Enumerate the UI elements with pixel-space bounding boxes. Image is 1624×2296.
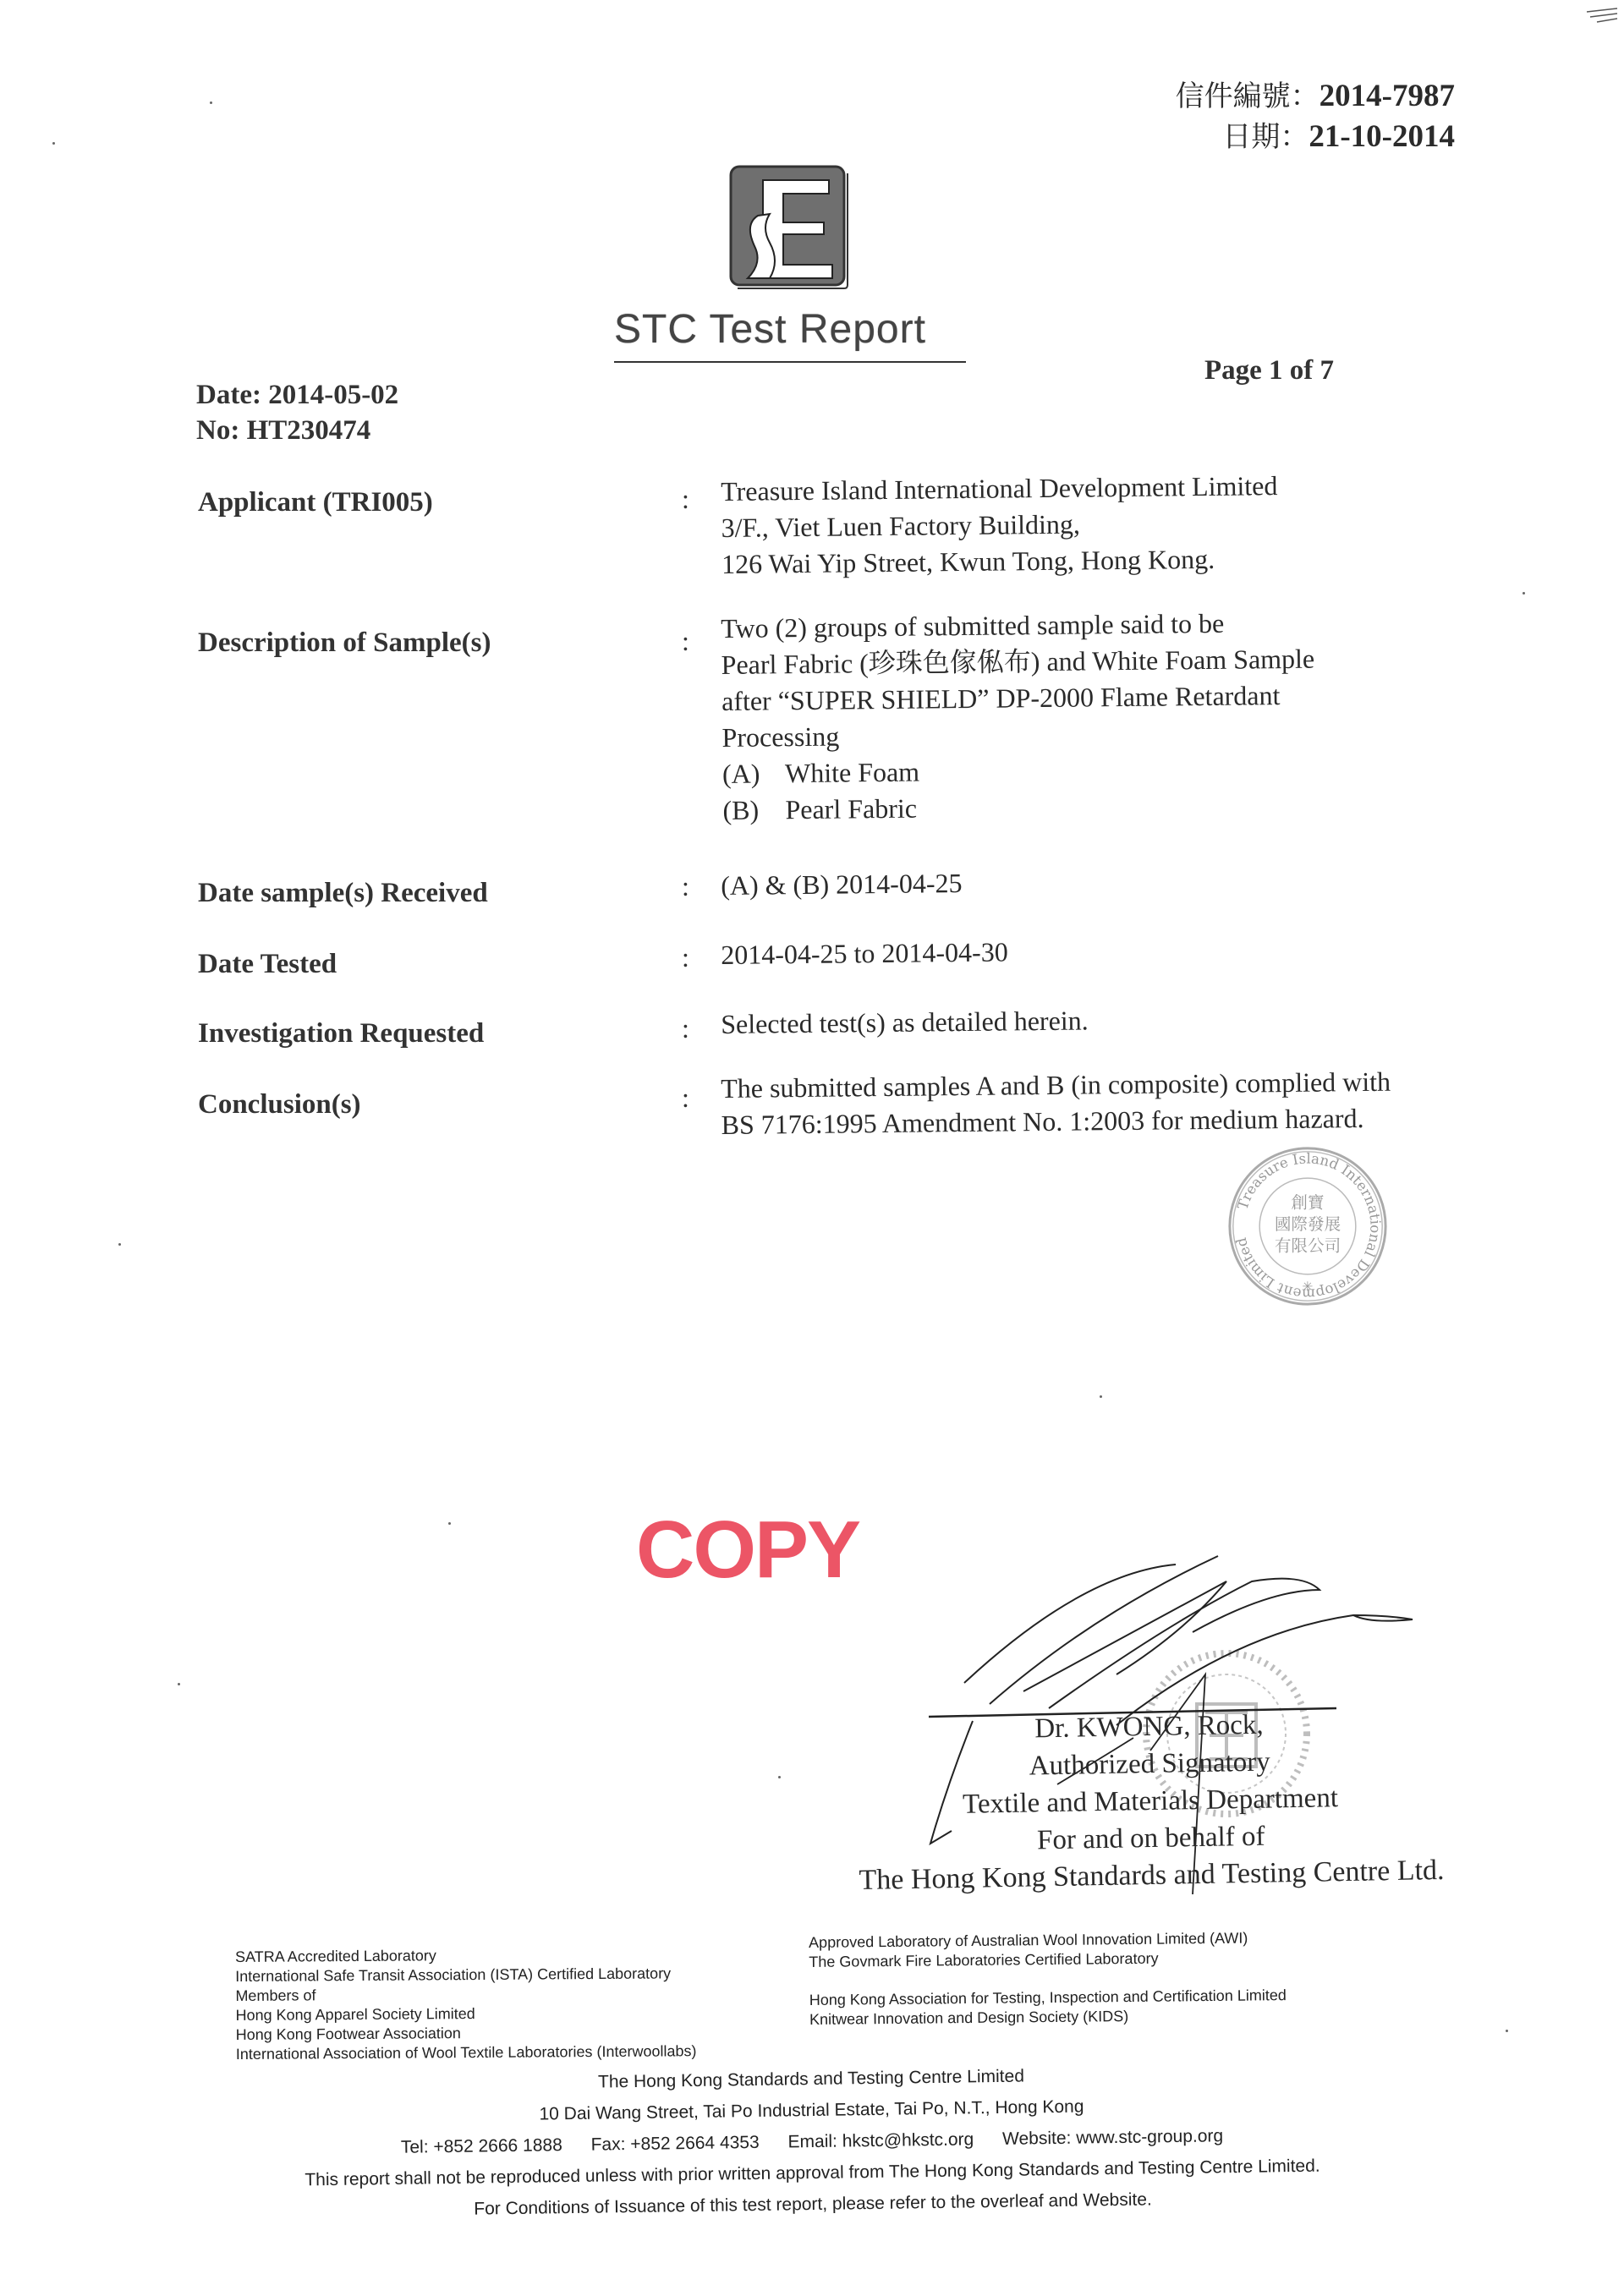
footer-tel: Tel: +852 2666 1888 bbox=[401, 2135, 562, 2157]
sample-item-b: (B)Pearl Fabric bbox=[722, 786, 1316, 829]
page-number: Page 1 of 7 bbox=[1204, 355, 1334, 386]
date-tested-label: Date Tested bbox=[198, 949, 337, 980]
footer-contact: The Hong Kong Standards and Testing Cent… bbox=[194, 2055, 1430, 2228]
svg-text:創寶: 創寶 bbox=[1291, 1192, 1324, 1212]
reference-block: 信件編號：2014-7987 日期：21-10-2014 bbox=[1176, 76, 1455, 157]
svg-text:有限公司: 有限公司 bbox=[1275, 1236, 1341, 1255]
description-value: Two (2) groups of submitted sample said … bbox=[721, 605, 1316, 829]
colon: : bbox=[682, 1082, 689, 1114]
letter-number: 信件編號：2014-7987 bbox=[1176, 76, 1455, 117]
stc-logo-icon bbox=[729, 165, 849, 290]
copy-stamp: COPY bbox=[636, 1504, 859, 1597]
applicant-value: Treasure Island International Developmen… bbox=[721, 468, 1279, 583]
svg-text:✳: ✳ bbox=[1302, 1280, 1313, 1294]
footer-accreditations-right: Approved Laboratory of Australian Wool I… bbox=[809, 1928, 1287, 2030]
footer-website: Website: www.stc-group.org bbox=[1002, 2126, 1223, 2149]
colon: : bbox=[682, 626, 689, 657]
report-title: STC Test Report bbox=[614, 306, 926, 353]
footer-email: Email: hkstc@hkstc.org bbox=[787, 2129, 974, 2151]
colon: : bbox=[682, 871, 689, 902]
footer-fax: Fax: +852 2664 4353 bbox=[590, 2133, 759, 2155]
description-label: Description of Sample(s) bbox=[198, 627, 491, 659]
date-received-value: (A) & (B) 2014-04-25 bbox=[721, 865, 963, 904]
footer-accreditations-left: SATRA Accredited Laboratory Internationa… bbox=[235, 1944, 697, 2064]
date-tested-value: 2014-04-25 to 2014-04-30 bbox=[721, 934, 1008, 973]
report-meta: Date: 2014-05-02 No: HT230474 bbox=[196, 377, 398, 448]
conclusion-value: The submitted samples A and B (in compos… bbox=[721, 1064, 1391, 1143]
scan-mark-icon bbox=[1585, 7, 1619, 32]
sample-item-a: (A)White Foam bbox=[722, 750, 1316, 792]
date-received-label: Date sample(s) Received bbox=[198, 878, 488, 909]
signature-block: Dr. KWONG, Rock, Authorized Signatory Te… bbox=[827, 1702, 1473, 1899]
colon: : bbox=[682, 484, 689, 515]
applicant-label: Applicant (TRI005) bbox=[198, 487, 433, 518]
investigation-value: Selected test(s) as detailed herein. bbox=[721, 1002, 1089, 1043]
conclusion-label: Conclusion(s) bbox=[198, 1089, 361, 1121]
svg-text:國際發展: 國際發展 bbox=[1275, 1214, 1341, 1234]
colon: : bbox=[682, 942, 689, 973]
letter-date: 日期：21-10-2014 bbox=[1176, 117, 1455, 157]
company-seal-icon: Treasure Island International Developmen… bbox=[1225, 1143, 1391, 1309]
investigation-label: Investigation Requested bbox=[198, 1018, 484, 1049]
report-date: Date: 2014-05-02 bbox=[196, 377, 398, 413]
report-number: No: HT230474 bbox=[196, 413, 398, 448]
colon: : bbox=[682, 1013, 689, 1044]
title-underline bbox=[614, 361, 966, 363]
